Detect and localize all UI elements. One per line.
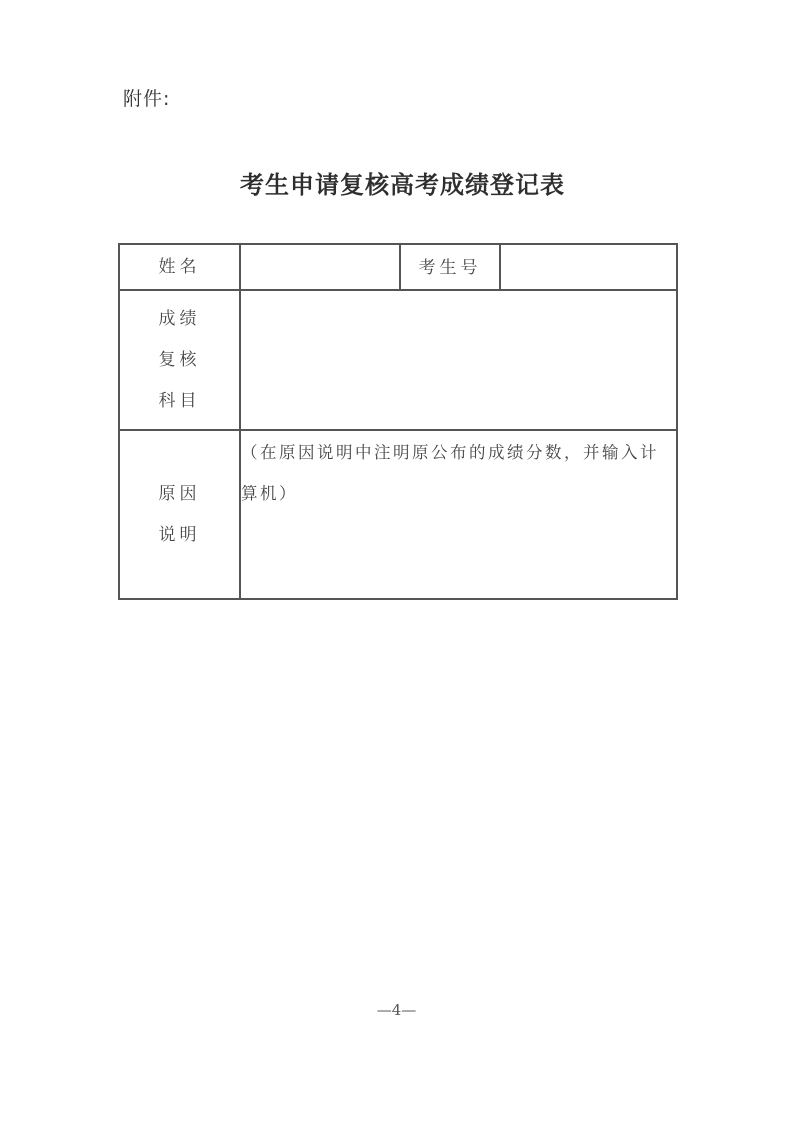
name-label: 姓名 (120, 247, 239, 288)
exam-number-label: 考生号 (401, 248, 499, 289)
label-line: 成绩 (120, 299, 239, 340)
attachment-label: 附件: (123, 84, 170, 111)
form-title: 考生申请复核高考成绩登记表 (0, 165, 793, 200)
exam-number-field[interactable] (501, 245, 676, 289)
reason-field[interactable] (241, 431, 676, 598)
review-subject-label: 成绩 复核 科目 (120, 299, 239, 422)
reason-label: 原因 说明 (120, 474, 239, 556)
review-subject-field[interactable] (241, 291, 676, 429)
registration-form-table: 姓名 考生号 成绩 复核 科目 原因 说明 （在原因说明中注明原公布的成绩分数，… (118, 243, 678, 600)
label-line: 原因 (120, 474, 239, 515)
name-field[interactable] (241, 245, 399, 289)
label-line: 科目 (120, 381, 239, 422)
label-line: 复核 (120, 340, 239, 381)
label-line: 说明 (120, 515, 239, 556)
page-number: —4— (0, 1001, 793, 1019)
